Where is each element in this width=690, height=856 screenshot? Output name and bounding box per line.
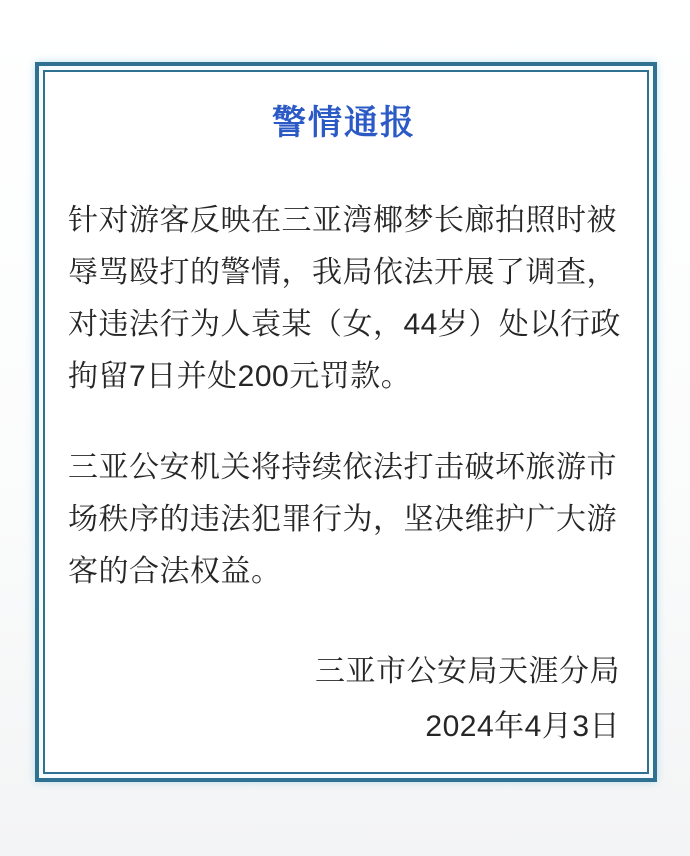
notice-date: 2024年4月3日 — [68, 699, 620, 754]
notice-line: 针对游客反映在三亚湾椰梦长廊拍照时被 — [68, 195, 620, 247]
notice-card: 警情通报 针对游客反映在三亚湾椰梦长廊拍照时被 辱骂殴打的警情，我局依法开展了调… — [35, 62, 657, 782]
notice-line: 三亚公安机关将持续依法打击破坏旅游市 — [68, 442, 620, 494]
notice-line: 对违法行为人袁某（女，44岁）处以行政 — [68, 299, 620, 351]
signature-block: 三亚市公安局天涯分局 2024年4月3日 — [68, 644, 620, 754]
notice-line: 辱骂殴打的警情，我局依法开展了调查， — [68, 247, 620, 299]
notice-title: 警情通报 — [68, 101, 620, 145]
notice-card-inner-border: 警情通报 针对游客反映在三亚湾椰梦长廊拍照时被 辱骂殴打的警情，我局依法开展了调… — [43, 70, 649, 774]
page-background: 警情通报 针对游客反映在三亚湾椰梦长廊拍照时被 辱骂殴打的警情，我局依法开展了调… — [0, 0, 690, 856]
issuer-signature: 三亚市公安局天涯分局 — [68, 644, 620, 699]
notice-line: 客的合法权益。 — [68, 546, 620, 598]
notice-paragraph-2: 三亚公安机关将持续依法打击破坏旅游市 场秩序的违法犯罪行为，坚决维护广大游 客的… — [68, 442, 620, 598]
notice-line: 场秩序的违法犯罪行为，坚决维护广大游 — [68, 494, 620, 546]
notice-paragraph-1: 针对游客反映在三亚湾椰梦长廊拍照时被 辱骂殴打的警情，我局依法开展了调查， 对违… — [68, 195, 620, 403]
notice-line: 拘留7日并处200元罚款。 — [68, 351, 620, 403]
